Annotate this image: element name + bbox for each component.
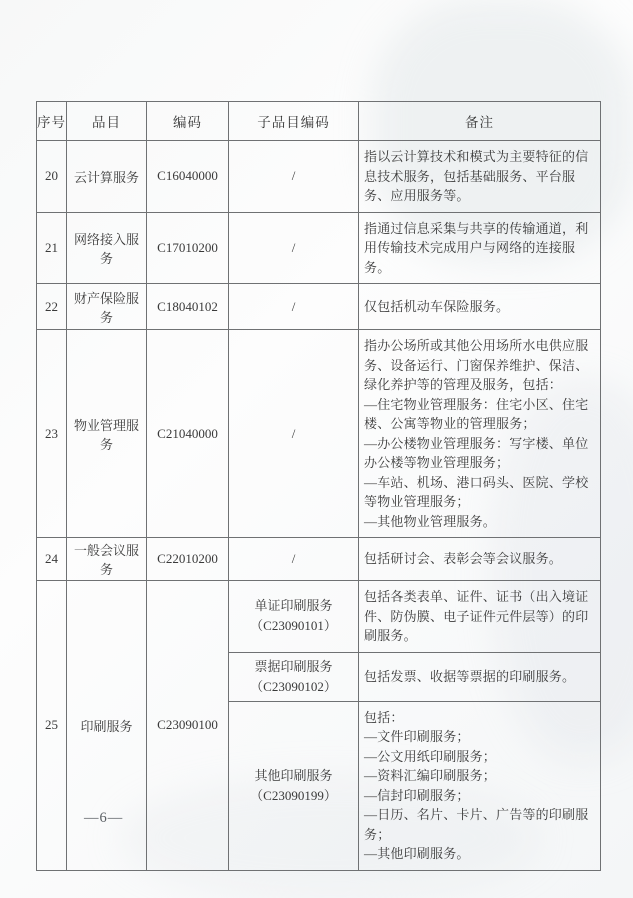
table-header-row: 序号 品目 编码 子品目编码 备注 xyxy=(37,102,601,141)
cell-remark: 指以云计算技术和模式为主要特征的信息技术服务，包括基础服务、平台服务、应用服务等… xyxy=(359,141,601,213)
cell-item: 物业管理服务 xyxy=(67,330,147,538)
document-page: 序号 品目 编码 子品目编码 备注 20 云计算服务 C16040000 / 指… xyxy=(0,0,633,898)
cell-subcode: / xyxy=(229,141,359,213)
cell-subitem: 其他印刷服务 （C23090199） xyxy=(229,701,359,870)
table-row: 20 云计算服务 C16040000 / 指以云计算技术和模式为主要特征的信息技… xyxy=(37,141,601,213)
cell-remark: 包括： —文件印刷服务； —公文用纸印刷服务； —资料汇编印刷服务； —信封印刷… xyxy=(359,701,601,870)
cell-item: 财产保险服务 xyxy=(67,284,147,330)
header-item: 品目 xyxy=(67,102,147,141)
cell-item: 网络接入服务 xyxy=(67,212,147,284)
cell-seq: 20 xyxy=(37,141,67,213)
cell-remark: 指通过信息采集与共享的传输通道，利用传输技术完成用户与网络的连接服务。 xyxy=(359,212,601,284)
cell-remark: 包括各类表单、证件、证书（出入境证件、防伪膜、电子证件元件层等）的印刷服务。 xyxy=(359,581,601,653)
cell-seq: 22 xyxy=(37,284,67,330)
cell-seq: 23 xyxy=(37,330,67,538)
cell-subitem: 票据印刷服务 （C23090102） xyxy=(229,652,359,701)
cell-code: C21040000 xyxy=(147,330,229,538)
table-row: 24 一般会议服务 C22010200 / 包括研讨会、表彰会等会议服务。 xyxy=(37,538,601,581)
cell-seq: 21 xyxy=(37,212,67,284)
header-code: 编码 xyxy=(147,102,229,141)
cell-code: C23090100 xyxy=(147,581,229,871)
subitem-name: 其他印刷服务 xyxy=(231,766,356,786)
table-row: 22 财产保险服务 C18040102 / 仅包括机动车保险服务。 xyxy=(37,284,601,330)
cell-subcode: / xyxy=(229,330,359,538)
header-remark: 备注 xyxy=(359,102,601,141)
procurement-items-table: 序号 品目 编码 子品目编码 备注 20 云计算服务 C16040000 / 指… xyxy=(36,101,601,871)
cell-subcode: / xyxy=(229,538,359,581)
cell-code: C16040000 xyxy=(147,141,229,213)
table-row: 23 物业管理服务 C21040000 / 指办公场所或其他公用场所水电供应服务… xyxy=(37,330,601,538)
subitem-code: （C23090101） xyxy=(231,616,356,636)
header-seq: 序号 xyxy=(37,102,67,141)
page-number: —6— xyxy=(84,810,123,827)
table-row: 21 网络接入服务 C17010200 / 指通过信息采集与共享的传输通道，利用… xyxy=(37,212,601,284)
table-row: 25 印刷服务 C23090100 单证印刷服务 （C23090101） 包括各… xyxy=(37,581,601,653)
cell-seq: 25 xyxy=(37,581,67,871)
cell-item: 云计算服务 xyxy=(67,141,147,213)
subitem-name: 单证印刷服务 xyxy=(231,596,356,616)
cell-seq: 24 xyxy=(37,538,67,581)
cell-remark: 包括发票、收据等票据的印刷服务。 xyxy=(359,652,601,701)
header-subcode: 子品目编码 xyxy=(229,102,359,141)
cell-remark: 仅包括机动车保险服务。 xyxy=(359,284,601,330)
cell-subcode: / xyxy=(229,284,359,330)
subitem-name: 票据印刷服务 xyxy=(231,657,356,677)
subitem-code: （C23090102） xyxy=(231,677,356,697)
cell-remark: 包括研讨会、表彰会等会议服务。 xyxy=(359,538,601,581)
cell-remark: 指办公场所或其他公用场所水电供应服务、设备运行、门窗保养维护、保洁、绿化养护等的… xyxy=(359,330,601,538)
cell-code: C22010200 xyxy=(147,538,229,581)
cell-subitem: 单证印刷服务 （C23090101） xyxy=(229,581,359,653)
subitem-code: （C23090199） xyxy=(231,786,356,806)
cell-subcode: / xyxy=(229,212,359,284)
cell-item: 一般会议服务 xyxy=(67,538,147,581)
cell-code: C18040102 xyxy=(147,284,229,330)
cell-code: C17010200 xyxy=(147,212,229,284)
